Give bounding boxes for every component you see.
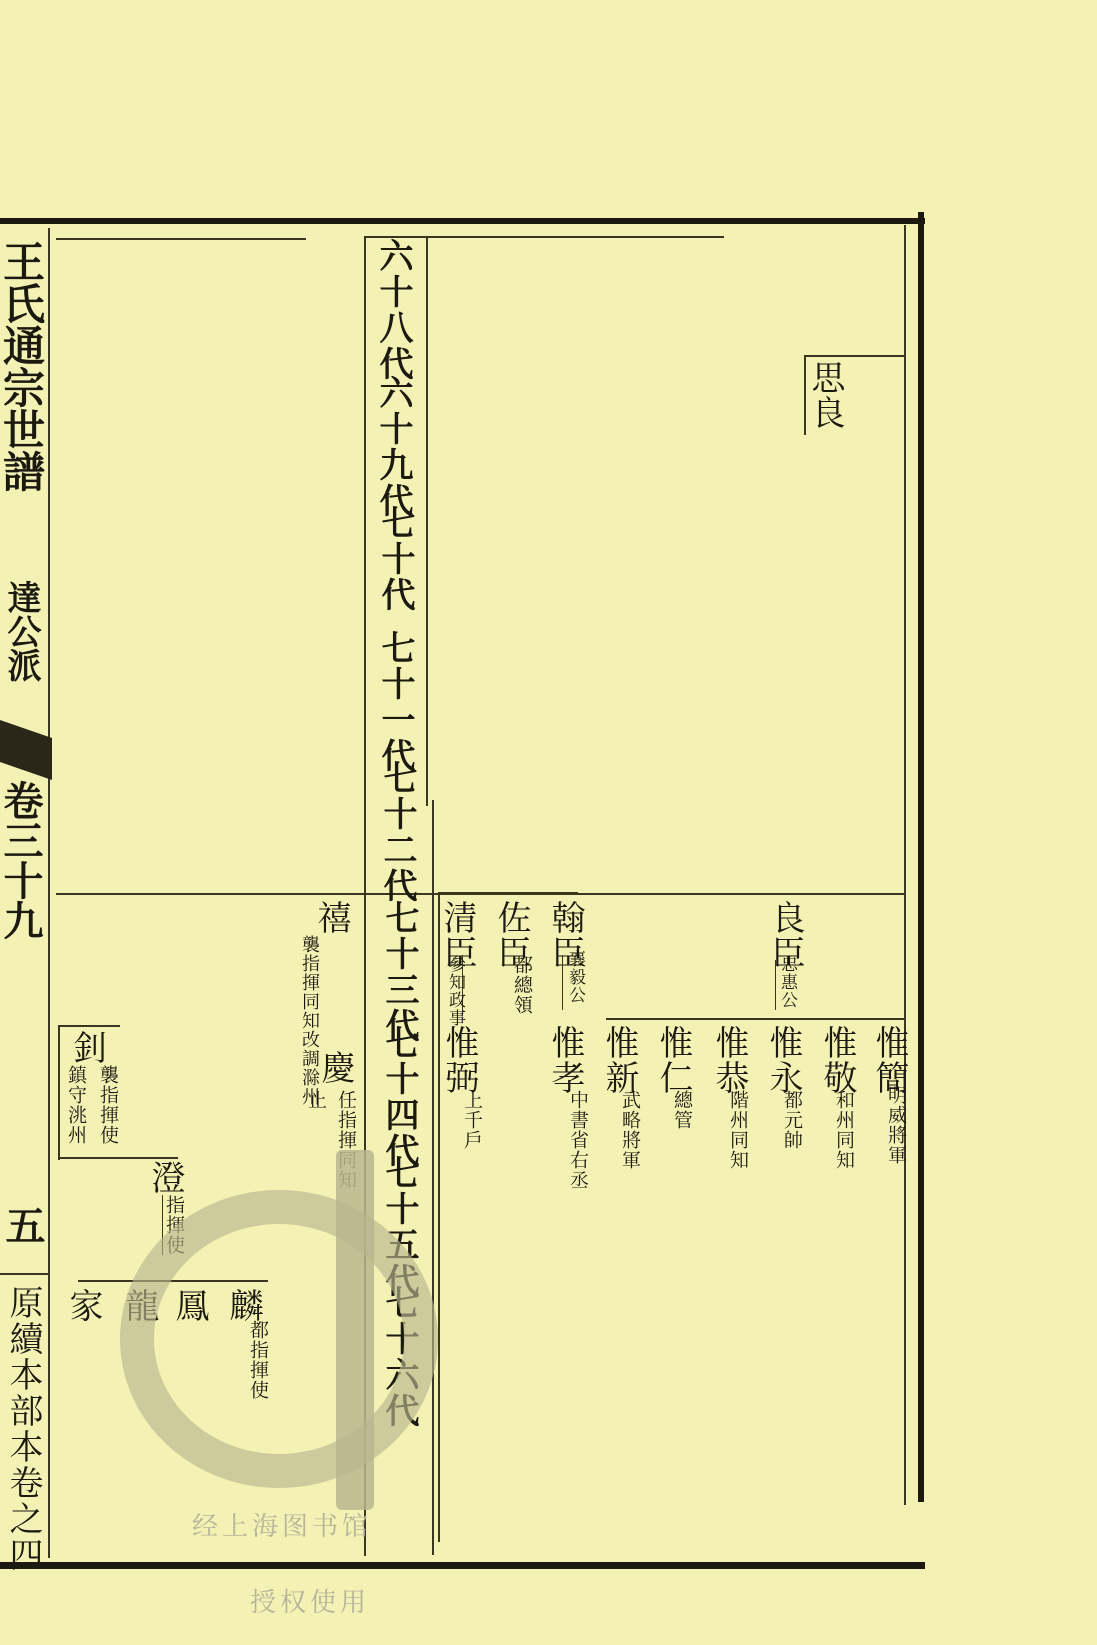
son-note-weiyong: 都元帥 <box>782 1090 801 1150</box>
margin-footer-line <box>0 1273 50 1275</box>
son-name-weijing: 惟敬 <box>820 1025 854 1095</box>
upper-divider <box>56 238 306 240</box>
frame-bottom <box>0 1562 925 1569</box>
zhao-bracket-bottom <box>58 1157 178 1159</box>
fu-name: 禧 <box>314 900 348 935</box>
son-note-weiren: 總管 <box>672 1090 691 1130</box>
liangchen-note-bar <box>775 960 776 1010</box>
generation-68: 六十八代 <box>376 238 410 382</box>
qingchen-note: 參知政事 <box>446 955 463 1035</box>
weibi-note: 上千戶 <box>462 1090 481 1150</box>
siliang-bracket-top <box>806 355 906 357</box>
son-note-weigong: 階州同知 <box>728 1090 747 1170</box>
weibi-name: 惟弼 <box>442 1025 476 1095</box>
siliang-name: 思良 <box>808 360 842 430</box>
source-note: 原續本部本卷之四 <box>6 1285 40 1573</box>
generation-71: 七十一代 <box>378 630 412 774</box>
volume-label: 卷三十九 <box>0 780 40 940</box>
gen-col-top <box>364 236 724 238</box>
zhao-bracket-top <box>60 1025 120 1027</box>
watermark-line1: 经上海图书馆 <box>192 1506 372 1543</box>
frame-top <box>0 218 925 224</box>
frame-right-outer <box>918 212 924 1502</box>
zhao-name: 釗 <box>70 1030 104 1065</box>
generation-69: 六十九代 <box>376 375 410 519</box>
gen-col-right <box>426 236 428 806</box>
page-number: 五 <box>2 1205 42 1245</box>
middle-bracket-left <box>438 892 440 1542</box>
weixiao-name: 惟孝 <box>548 1025 582 1095</box>
fish-tail-mark <box>0 720 52 780</box>
liangchen-note: 忠惠公 <box>778 955 795 1009</box>
son-name-weigong: 惟恭 <box>712 1025 746 1095</box>
son-note-weijian: 明威將軍 <box>886 1085 905 1165</box>
son-note-weixin: 武略將軍 <box>620 1090 639 1170</box>
son-name-weiyong: 惟永 <box>766 1025 800 1095</box>
jia-name: 家 <box>66 1288 100 1323</box>
zhao-bracket-left <box>58 1025 60 1160</box>
weixiao-note: 中書省右丞 <box>568 1090 587 1190</box>
left-bracket-top <box>56 893 331 895</box>
cheng-name: 澄 <box>148 1160 182 1195</box>
qing-name: 慶 <box>318 1050 352 1085</box>
generation-74: 七十四代 <box>382 1025 416 1169</box>
frame-right-inner <box>904 225 906 1505</box>
middle-bracket <box>438 892 578 894</box>
zuochen-note: 都總領 <box>512 955 531 1015</box>
gen-col-right-2 <box>432 800 434 1555</box>
fu-note: 襲指揮同知改調滁州 <box>300 935 318 1055</box>
book-title: 王氏通宗世譜 <box>0 240 42 492</box>
zhao-note: 襲指揮使 <box>98 1065 117 1145</box>
son-name-weixin: 惟新 <box>602 1025 636 1095</box>
margin-line <box>48 228 50 1558</box>
son-note-weijing: 和州同知 <box>834 1090 853 1170</box>
generation-72: 七十二代 <box>380 760 414 904</box>
hanchen-note: 襄毅公 <box>566 950 583 1004</box>
branch-label: 達公派 <box>4 580 38 682</box>
watermark-logo-ring <box>120 1190 438 1488</box>
sons-bracket <box>606 1018 906 1020</box>
watermark-line2: 授权使用 <box>250 1582 370 1619</box>
zhao-note2: 鎮守洮州 <box>66 1065 85 1145</box>
generation-70: 七十代 <box>378 505 412 613</box>
genealogy-page: 王氏通宗世譜 達公派 卷三十九 五 原續本部本卷之四 六十八代 六十九代 七十代… <box>0 0 1097 1645</box>
son-name-weiren: 惟仁 <box>656 1025 690 1095</box>
generation-73: 七十三代 <box>382 900 416 1044</box>
qing-end: 止 <box>306 1090 325 1110</box>
hanchen-note-bar <box>562 955 563 1010</box>
